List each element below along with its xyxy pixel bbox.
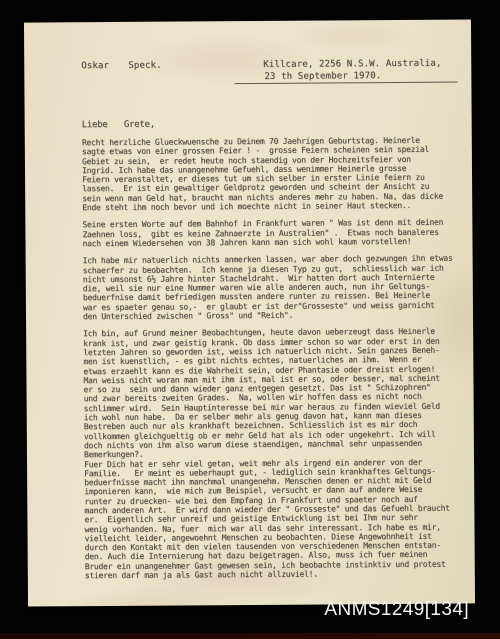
salutation: Liebe Grete, [82, 121, 155, 131]
scan-background: Oskar Speck. Killcare, 2256 N.S.W. Austr… [0, 0, 500, 639]
letter-paragraph: Fuer Dich hat er sehr viel getan, weit m… [84, 457, 455, 580]
letter-header: Oskar Speck. Killcare, 2256 N.S.W. Austr… [81, 60, 463, 89]
archive-reference-label: ANMS1249[134] [324, 599, 469, 621]
sender-name: Oskar Speck. [81, 62, 161, 72]
letter-paragraph: Seine ersten Worte auf dem Bahnhof in Fr… [82, 218, 452, 248]
letter-paragraph: Ich habe mir natuerlich nichts anmerken … [83, 254, 453, 322]
letter-date: 23 th September 1970. [234, 72, 457, 85]
sender-address: Killcare, 2256 N.S.W. Australia, [263, 60, 441, 71]
letter-body: Recht herzliche Glueckwuensche zu Deinem… [82, 136, 455, 581]
letter-paper: Oskar Speck. Killcare, 2256 N.S.W. Austr… [24, 19, 475, 606]
letter-content: Oskar Speck. Killcare, 2256 N.S.W. Austr… [81, 60, 463, 89]
letter-paragraph: Recht herzliche Glueckwuensche zu Deinem… [82, 136, 452, 213]
letter-paragraph: Ich bin, auf Grund meiner Beobachtungen,… [83, 327, 454, 460]
photo-edge-strip [0, 633, 500, 639]
